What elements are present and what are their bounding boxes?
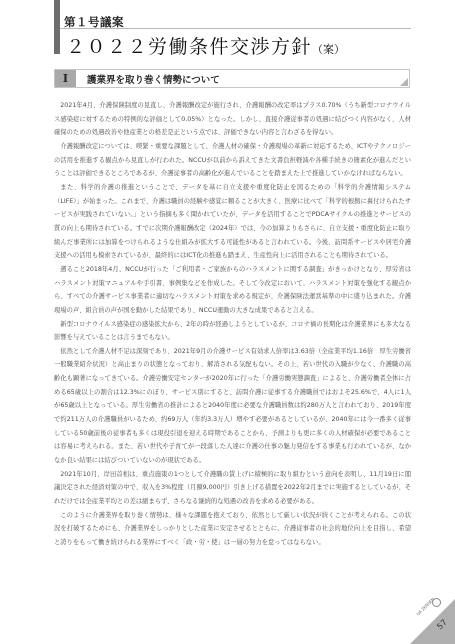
section-heading: Ⅰ 護業界を取り巻く情勢について xyxy=(54,69,410,88)
paragraph: 介護報酬改定については、喫緊・重要な課題として、介護人材の確保・介護現場の革新に… xyxy=(54,140,411,181)
corner-triangle-icon xyxy=(400,78,408,86)
paragraph: このように介護業界を取り巻く情勢は、様々な課題を抱えており、依然として厳しい状況… xyxy=(54,509,411,550)
header-accent-bar xyxy=(54,0,60,54)
paragraph: 2021年4月、介護保険制度の見直し、介護報酬改定が施行され、介護報酬の改定率は… xyxy=(54,99,411,140)
page-title: ２０２２労働条件交渉方針（案） xyxy=(66,32,345,59)
logo-circle-icon xyxy=(432,598,441,607)
section-title: 護業界を取り巻く情勢について xyxy=(87,72,220,86)
paragraph: 依然として介護人材不足は深刻であり、2021年9月の介護サービス有効求人倍率は3… xyxy=(54,345,411,468)
paragraph: 遡ること2018年4月、NCCUが行った「ご利用者・ご家族からのハラスメントに関… xyxy=(54,263,411,318)
page-title-suffix: （案） xyxy=(312,43,345,56)
paragraph: 新型コロナウイルス感染症の感染拡大から、2年の時が経過しようとしているが、コロナ… xyxy=(54,318,411,345)
paragraph: また、科学的介護の推進ということで、データを基に自立支援や重度化防止を図るための… xyxy=(54,181,411,263)
body-text: 2021年4月、介護保険制度の見直し、介護報酬改定が施行され、介護報酬の改定率は… xyxy=(54,99,411,550)
page-title-main: ２０２２労働条件交渉方針 xyxy=(66,36,312,58)
header-divider xyxy=(60,28,411,29)
section-number: Ⅰ xyxy=(55,70,76,87)
paragraph: 2021年10月、岸田首相は、重点施策の1つとして介護職の賃上げに積極的に取り組… xyxy=(54,468,411,509)
